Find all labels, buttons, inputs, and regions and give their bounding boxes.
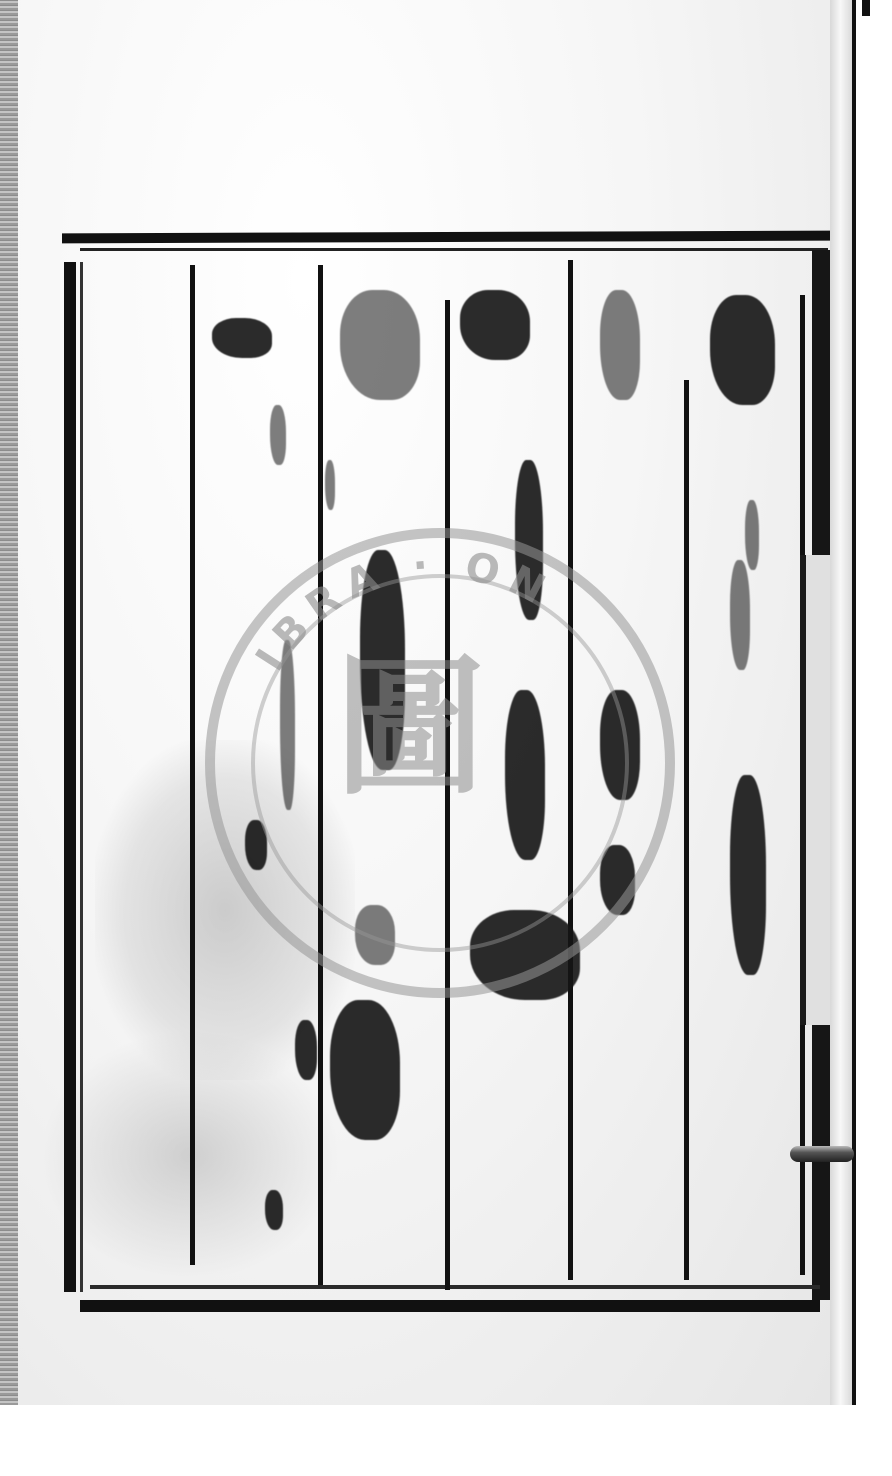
column-rule bbox=[445, 300, 450, 1290]
degraded-character bbox=[330, 1000, 400, 1140]
degraded-character bbox=[730, 775, 766, 975]
paper-stain bbox=[95, 740, 355, 1080]
page-left-edge bbox=[0, 0, 18, 1405]
frame-bottom-inner-line bbox=[90, 1285, 820, 1289]
degraded-character bbox=[270, 405, 286, 465]
degraded-character bbox=[745, 500, 759, 570]
frame-top-inner-line bbox=[80, 248, 828, 251]
scanned-page: IBRA · ON 圖 bbox=[0, 0, 856, 1405]
edge-tab bbox=[800, 555, 832, 1025]
degraded-character bbox=[295, 1020, 317, 1080]
degraded-character bbox=[505, 690, 545, 860]
degraded-character bbox=[730, 560, 750, 670]
binding-line bbox=[852, 0, 856, 1405]
degraded-character bbox=[460, 290, 530, 360]
column-rule bbox=[684, 380, 689, 1280]
degraded-character bbox=[340, 290, 420, 400]
degraded-character bbox=[355, 905, 395, 965]
degraded-character bbox=[600, 845, 635, 915]
column-rule bbox=[190, 265, 195, 1265]
frame-left-inner-line bbox=[80, 262, 83, 1292]
degraded-character bbox=[265, 1190, 283, 1230]
degraded-character bbox=[245, 820, 267, 870]
scan-corner-mark bbox=[862, 0, 870, 16]
binding-thread-icon bbox=[790, 1146, 854, 1162]
degraded-character bbox=[710, 295, 775, 405]
degraded-character bbox=[280, 640, 295, 810]
degraded-character bbox=[515, 460, 543, 620]
degraded-character bbox=[600, 290, 640, 400]
degraded-character bbox=[600, 690, 640, 800]
degraded-character bbox=[325, 460, 335, 510]
frame-bottom-border bbox=[80, 1300, 820, 1312]
column-rule bbox=[568, 260, 573, 1280]
degraded-character bbox=[360, 550, 405, 770]
frame-left-border bbox=[64, 262, 76, 1292]
degraded-character bbox=[470, 910, 580, 1000]
degraded-character bbox=[212, 318, 272, 358]
bottom-margin bbox=[0, 1405, 892, 1476]
column-rule bbox=[318, 265, 323, 1285]
